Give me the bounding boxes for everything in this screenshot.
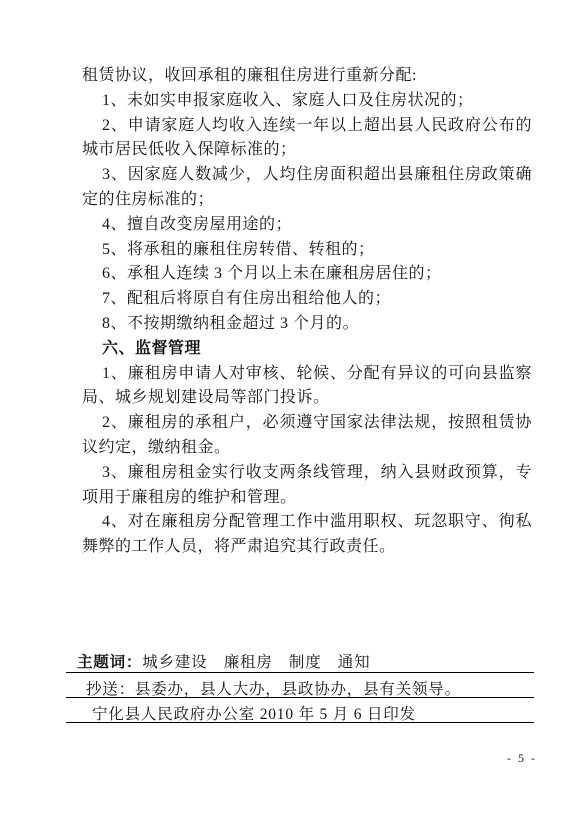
body-paragraph: 2、廉租房的承租户，必须遵守国家法律法规，按照租赁协议约定，缴纳租金。	[82, 411, 532, 461]
body-paragraph: 4、对在廉租房分配管理工作中滥用职权、玩忽职守、徇私舞弊的工作人员，将严肃追究其…	[82, 510, 532, 560]
body-paragraph: 3、廉租房租金实行收支两条线管理，纳入县财政预算，专项用于廉租房的维护和管理。	[82, 461, 532, 511]
body-paragraph: 4、擅自改变房屋用途的；	[82, 213, 532, 238]
body-paragraph: 3、因家庭人数减少，人均住房面积超出县廉租住房政策确定的住房标准的；	[82, 163, 532, 213]
document-page: 租赁协议，收回承租的廉租住房进行重新分配:1、未如实申报家庭收入、家庭人口及住房…	[0, 0, 588, 829]
document-footer: 主题词：城乡建设 廉租房 制度 通知 抄送：县委办，县人大办，县政协办，县有关领…	[66, 647, 534, 723]
body-paragraph: 7、配租后将原自有住房出租给他人的；	[82, 287, 532, 312]
page-number: - 5 -	[498, 751, 546, 766]
cc-label: 抄送：	[86, 681, 135, 698]
body-paragraph: 5、将承租的廉租住房转借、转租的；	[82, 238, 532, 263]
keywords-row: 主题词：城乡建设 廉租房 制度 通知	[66, 647, 534, 673]
cc-text: 县委办，县人大办，县政协办，县有关领导。	[135, 681, 461, 698]
body-paragraph: 1、廉租房申请人对审核、轮候、分配有异议的可向县监察局、城乡规划建设局等部门投诉…	[82, 362, 532, 412]
document-body: 租赁协议，收回承租的廉租住房进行重新分配:1、未如实申报家庭收入、家庭人口及住房…	[82, 64, 532, 560]
issuer-row: 宁化县人民政府办公室 2010 年 5 月 6 日印发	[66, 698, 534, 723]
body-paragraph: 租赁协议，收回承租的廉租住房进行重新分配:	[82, 64, 532, 89]
print-date: 2010 年 5 月 6 日印发	[260, 706, 416, 723]
body-paragraph: 2、申请家庭人均收入连续一年以上超出县人民政府公布的城市居民低收入保障标准的；	[82, 114, 532, 164]
cc-row: 抄送：县委办，县人大办，县政协办，县有关领导。	[66, 673, 534, 698]
body-paragraph: 1、未如实申报家庭收入、家庭人口及住房状况的；	[82, 89, 532, 114]
body-paragraph: 6、承租人连续 3 个月以上未在廉租房居住的；	[82, 262, 532, 287]
keywords-label: 主题词：	[77, 654, 142, 671]
keywords-text: 城乡建设 廉租房 制度 通知	[142, 654, 370, 671]
issuing-office: 宁化县人民政府办公室	[92, 706, 255, 723]
section-heading: 六、监督管理	[82, 337, 532, 362]
body-paragraph: 8、不按期缴纳租金超过 3 个月的。	[82, 312, 532, 337]
